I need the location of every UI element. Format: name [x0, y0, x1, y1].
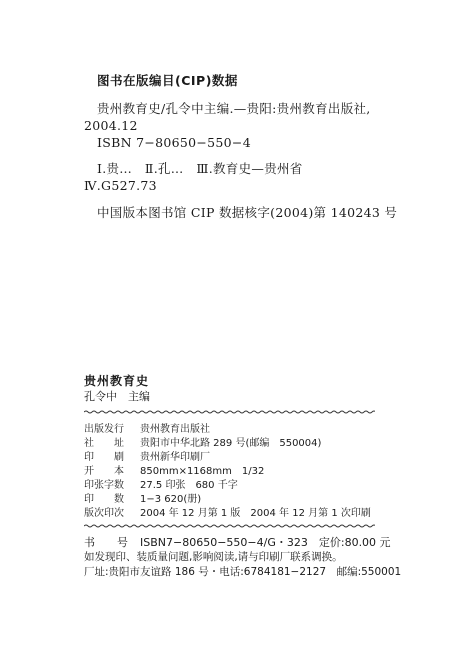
cip-record-number: 中国版本图书馆 CIP 数据核字(2004)第 140243 号 [97, 207, 397, 220]
row-value: 贵州新华印刷厂 [140, 453, 210, 463]
row-value: 2004 年 12 月第 1 版 2004 年 12 月第 1 次印刷 [140, 509, 371, 519]
cip-date-line: 2004.12 [84, 120, 138, 133]
wavy-divider [84, 410, 375, 414]
row-value: 850mm×1168mm 1/32 [140, 467, 264, 477]
cip-bibliographic-line: 贵州教育史/孔令中主编.—贵阳:贵州教育出版社, [97, 103, 371, 116]
row-label: 版次印次 [84, 509, 140, 519]
sheets-words-row: 印张字数27.5 印张 680 千字 [84, 481, 238, 491]
row-label: 开 本 [84, 467, 140, 477]
book-title: 贵州教育史 [84, 375, 149, 387]
cip-classification-line: Ⅳ.G527.73 [84, 180, 157, 193]
isbn-price-row: 书 号ISBN7−80650−550−4/G・323 定价:80.00 元 [84, 537, 391, 548]
wavy-divider [84, 524, 375, 528]
factory-address: 厂址:贵阳市友谊路 186 号・电话:6784181−2127 邮编:55000… [84, 567, 401, 578]
row-label: 印 数 [84, 495, 140, 505]
publisher-row: 出版发行贵州教育出版社 [84, 425, 210, 435]
cip-isbn-line: ISBN 7−80650−550−4 [97, 137, 251, 150]
row-label: 印张字数 [84, 481, 140, 491]
quality-notice: 如发现印、装质量问题,影响阅读,请与印刷厂联系调换。 [84, 552, 343, 563]
row-value: 贵阳市中华北路 289 号(邮编 550004) [140, 439, 321, 449]
row-label: 书 号 [84, 537, 140, 548]
book-editor: 孔令中 主编 [84, 391, 150, 402]
row-label: 出版发行 [84, 425, 140, 435]
format-row: 开 本850mm×1168mm 1/32 [84, 467, 264, 477]
row-value: 贵州教育出版社 [140, 425, 210, 435]
address-row: 社 址贵阳市中华北路 289 号(邮编 550004) [84, 439, 321, 449]
row-label: 印 刷 [84, 453, 140, 463]
cip-subject-line: Ⅰ.贵… Ⅱ.孔… Ⅲ.教育史—贵州省 [97, 163, 303, 176]
row-value: ISBN7−80650−550−4/G・323 定价:80.00 元 [140, 537, 391, 548]
edition-row: 版次印次2004 年 12 月第 1 版 2004 年 12 月第 1 次印刷 [84, 509, 371, 519]
cip-heading: 图书在版编目(CIP)数据 [97, 75, 238, 88]
print-run-row: 印 数1−3 620(册) [84, 495, 201, 505]
row-value: 1−3 620(册) [140, 495, 201, 505]
row-label: 社 址 [84, 439, 140, 449]
printer-row: 印 刷贵州新华印刷厂 [84, 453, 210, 463]
row-value: 27.5 印张 680 千字 [140, 481, 238, 491]
